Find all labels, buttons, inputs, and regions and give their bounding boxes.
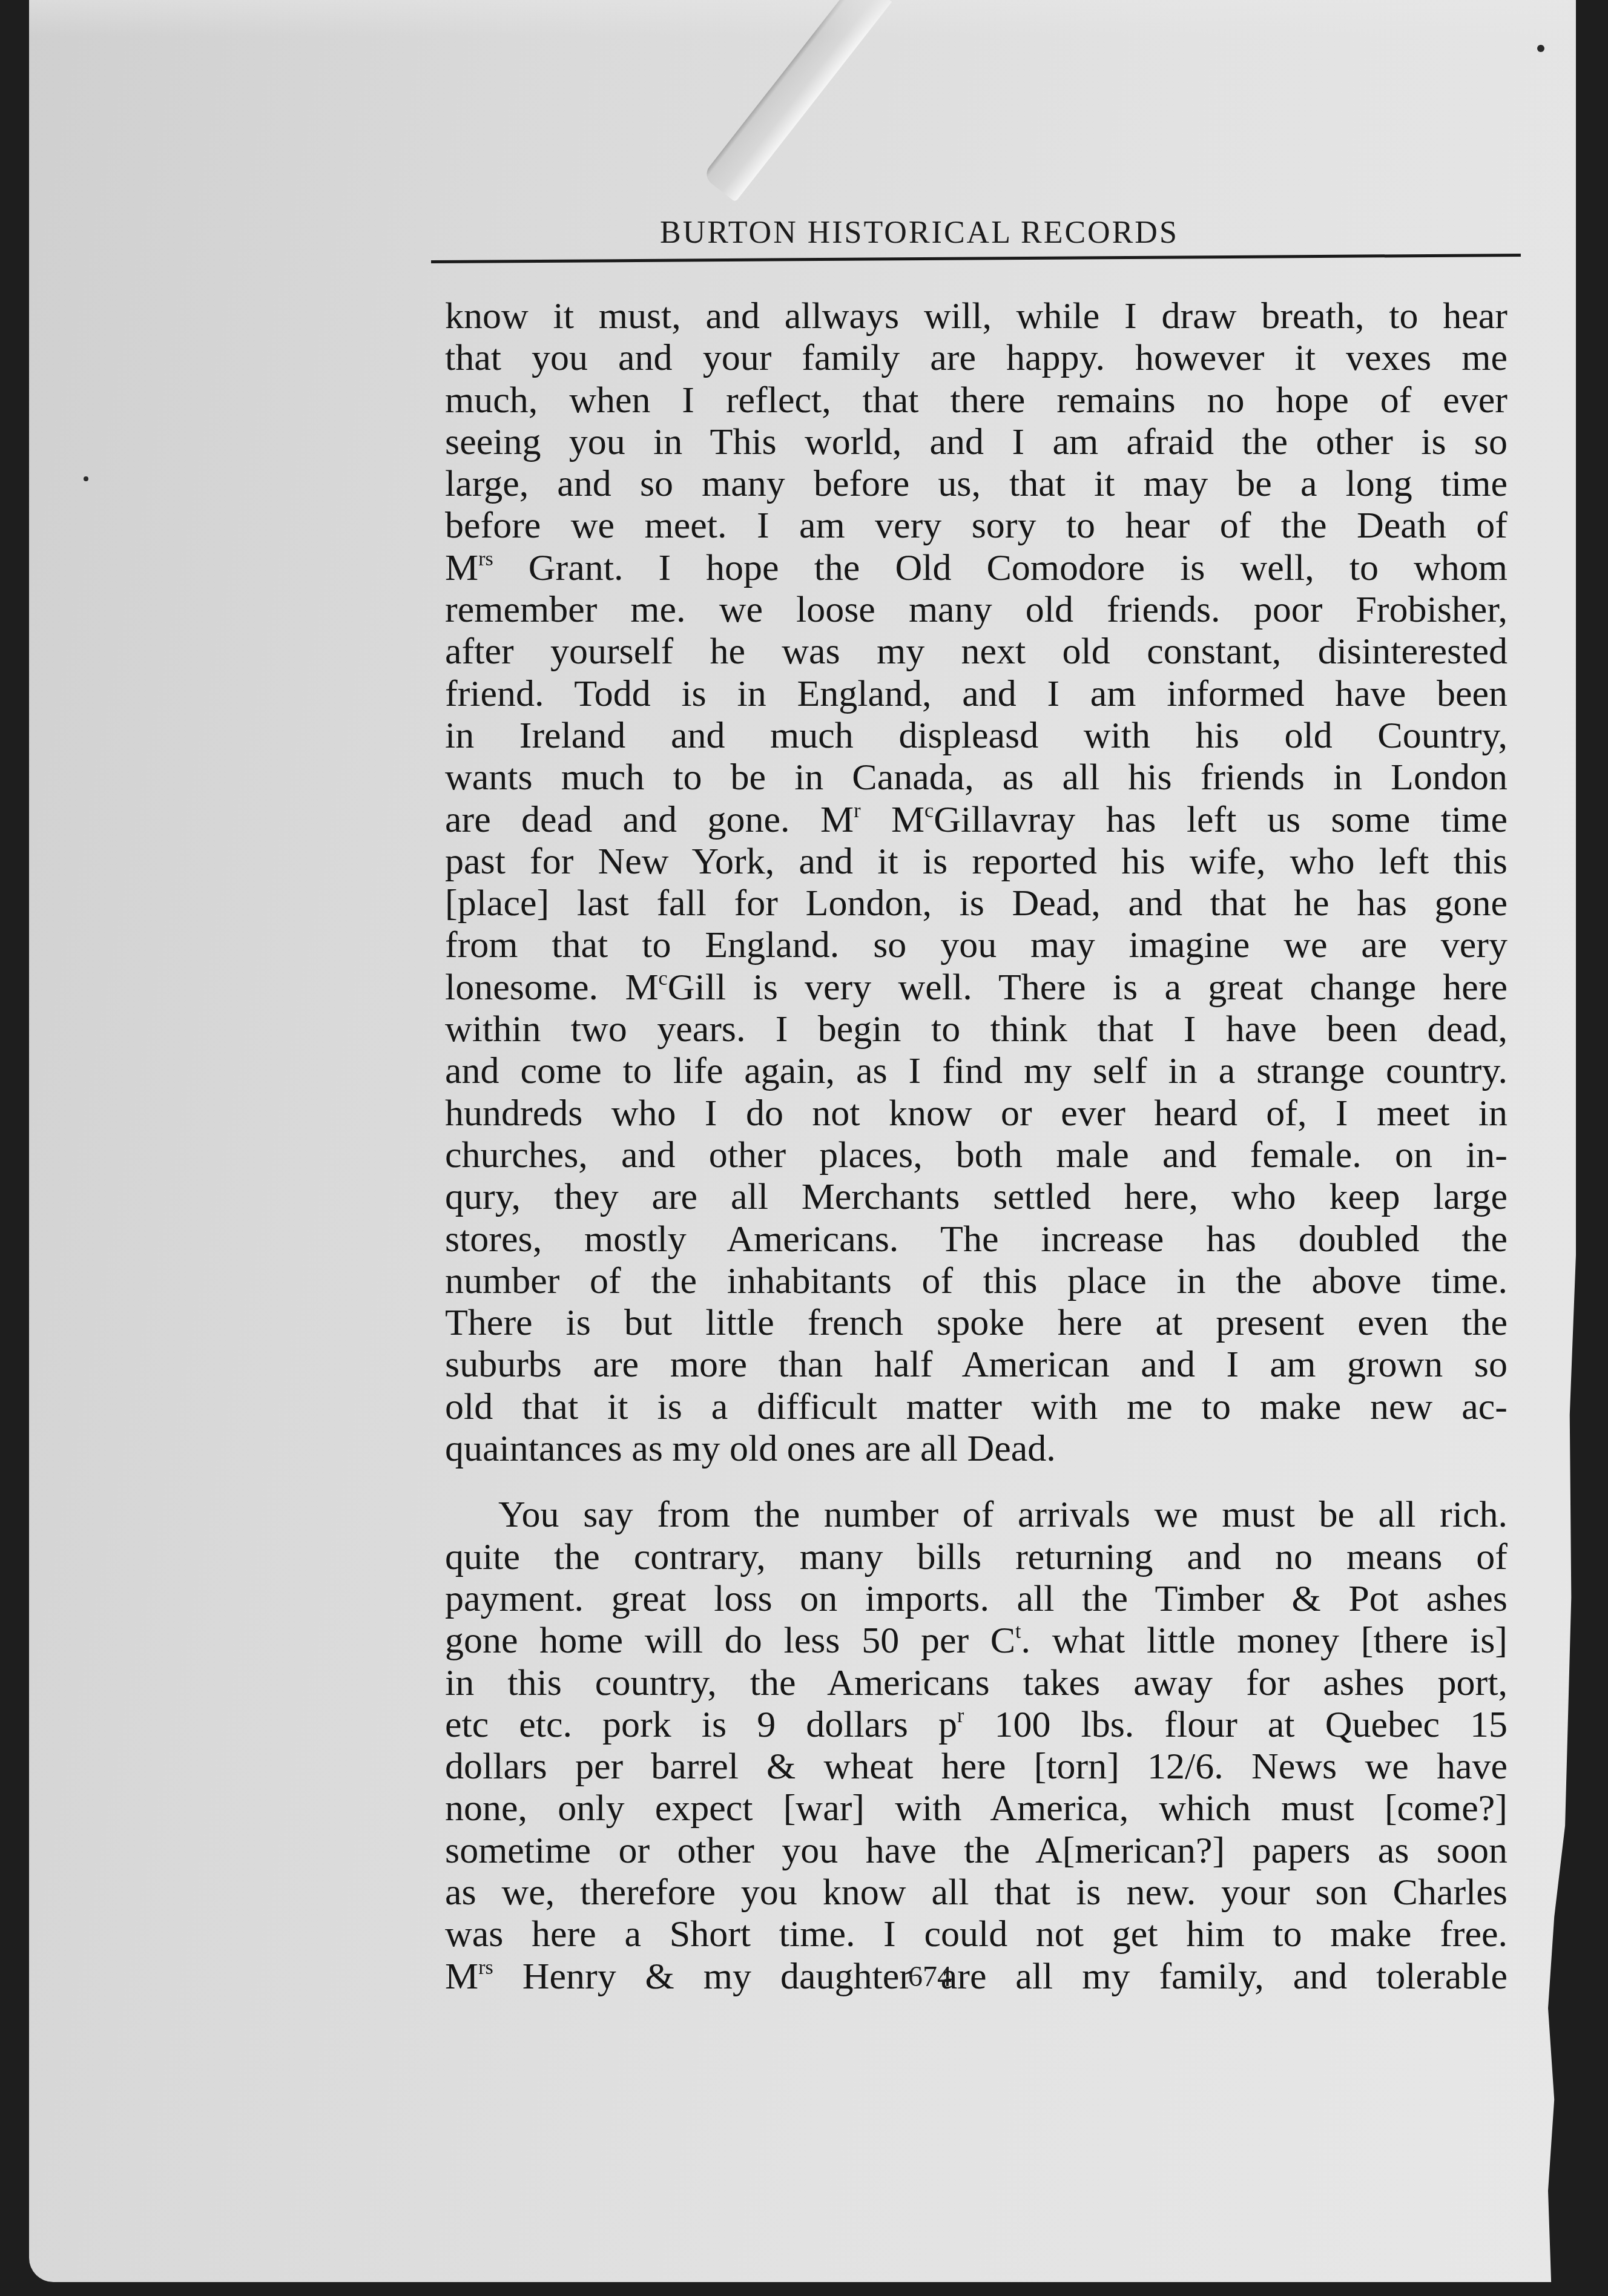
text-line: are dead and gone. Mr McGillavray has le… [445, 799, 1507, 841]
text-line: Mrs Grant. I hope the Old Comodore is we… [445, 547, 1507, 589]
superscript-abbrev: t [1015, 1620, 1021, 1643]
superscript-abbrev: rs [478, 1956, 493, 1979]
text-line: know it must, and allways will, while I … [445, 295, 1507, 337]
text-line: remember me. we loose many old friends. … [445, 589, 1507, 631]
text-line: number of the inhabitants of this place … [445, 1260, 1507, 1302]
text-line: sometime or other you have the A[merican… [445, 1830, 1507, 1872]
text-line: [place] last fall for London, is Dead, a… [445, 883, 1507, 924]
ink-speck [84, 476, 88, 481]
text-line: payment. great loss on imports. all the … [445, 1578, 1507, 1620]
text-line: seeing you in This world, and I am afrai… [445, 421, 1507, 463]
text-line: much, when I reflect, that there remains… [445, 380, 1507, 421]
superscript-abbrev: r [957, 1705, 964, 1727]
text-line: that you and your family are happy. howe… [445, 337, 1507, 379]
text-line: none, only expect [war] with America, wh… [445, 1788, 1507, 1829]
text-line: within two years. I begin to think that … [445, 1008, 1507, 1050]
text-line: in this country, the Americans takes awa… [445, 1662, 1507, 1704]
text-line: large, and so many before us, that it ma… [445, 463, 1507, 505]
text-line: dollars per barrel & wheat here [torn] 1… [445, 1746, 1507, 1788]
text-line: Mrs Henry & my daughter are all my famil… [445, 1956, 1507, 1998]
text-line: as we, therefore you know all that is ne… [445, 1872, 1507, 1913]
text-line: You say from the number of arrivals we m… [445, 1494, 1507, 1536]
text-line: suburbs are more than half American and … [445, 1344, 1507, 1386]
text-line: qury, they are all Merchants settled her… [445, 1176, 1507, 1218]
page-number: 674 [908, 1960, 952, 1993]
text-line: etc etc. pork is 9 dollars pr 100 lbs. f… [445, 1704, 1507, 1746]
text-line: lonesome. McGill is very well. There is … [445, 967, 1507, 1008]
superscript-abbrev: rs [478, 548, 493, 570]
text-line: friend. Todd is in England, and I am inf… [445, 673, 1507, 715]
text-line: in Ireland and much displeasd with his o… [445, 715, 1507, 757]
text-line: There is but little french spoke here at… [445, 1302, 1507, 1344]
text-line: hundreds who I do not know or ever heard… [445, 1093, 1507, 1134]
text-line: after yourself he was my next old consta… [445, 631, 1507, 673]
text-line: churches, and other places, both male an… [445, 1134, 1507, 1176]
text-line: from that to England. so you may imagine… [445, 924, 1507, 966]
running-head: BURTON HISTORICAL RECORDS [660, 215, 1179, 251]
superscript-abbrev: r [854, 800, 860, 822]
text-line: before we meet. I am very sory to hear o… [445, 505, 1507, 547]
text-line: quite the contrary, many bills returning… [445, 1536, 1507, 1578]
text-line: wants much to be in Canada, as all his f… [445, 757, 1507, 798]
page-crease-mark [702, 0, 892, 202]
superscript-abbrev: c [924, 800, 934, 822]
text-line: gone home will do less 50 per Ct. what l… [445, 1620, 1507, 1662]
text-line: was here a Short time. I could not get h… [445, 1913, 1507, 1955]
letter-body-text: know it must, and allways will, while I … [445, 295, 1507, 1998]
superscript-abbrev: c [659, 967, 668, 990]
text-line: old that it is a difficult matter with m… [445, 1386, 1507, 1428]
text-line: quaintances as my old ones are all Dead. [445, 1428, 1507, 1470]
text-line: stores, mostly Americans. The increase h… [445, 1219, 1507, 1260]
text-line: past for New York, and it is reported hi… [445, 841, 1507, 883]
paragraph-gap [445, 1470, 1507, 1494]
ink-speck [1537, 45, 1544, 52]
text-line: and come to life again, as I find my sel… [445, 1050, 1507, 1092]
